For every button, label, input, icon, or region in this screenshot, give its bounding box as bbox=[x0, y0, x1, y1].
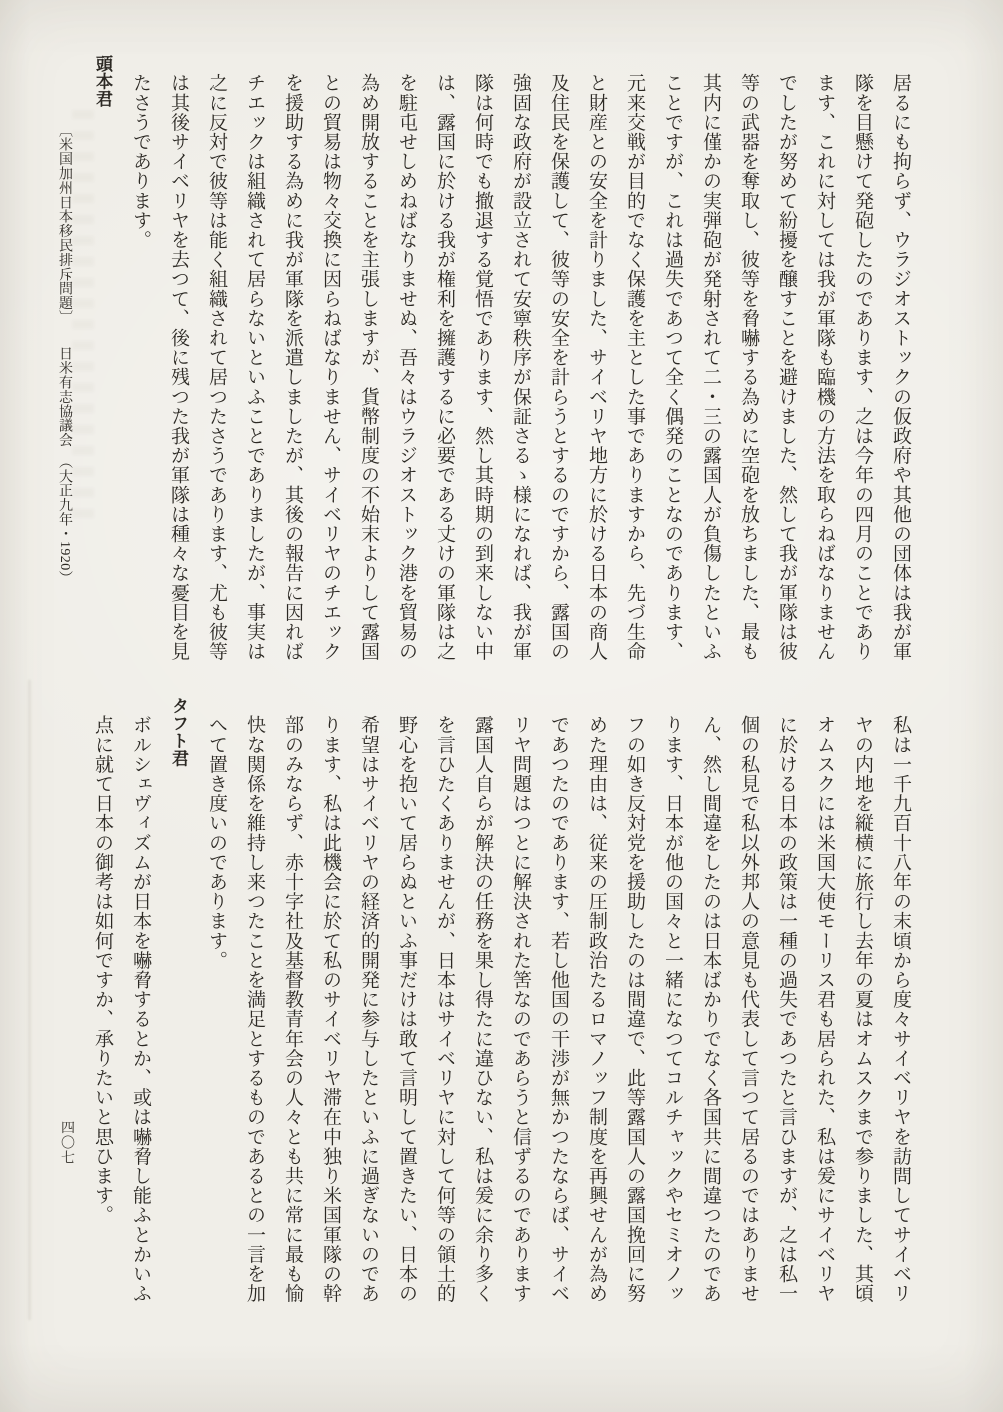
text-column: ことですが、これは過失であつて全く偶発のことなのであります、 bbox=[653, 55, 691, 680]
text-column: 点に就て日本の御考は如何ですか、承りたいと思ひます。 bbox=[83, 697, 121, 1322]
text-column: へて置き度いのであります。 bbox=[197, 697, 235, 1322]
text-column: ヤの内地を縦横に旅行し去年の夏はオムスクまで参りました、其頃 bbox=[843, 697, 881, 1322]
speaker-name: 頭本君 bbox=[83, 55, 121, 680]
text-column: ります、私は此機会に於て私のサイベリヤ滞在中独り米国軍隊の幹 bbox=[311, 697, 349, 1322]
text-column: 個の私見で私以外邦人の意見も代表して言つて居るのではありませ bbox=[729, 697, 767, 1322]
document-page: 居るにも拘らず、ウラジオストックの仮政府や其他の団体は我が軍隊を目懸けて発砲した… bbox=[0, 0, 1003, 1412]
top-speech-block: 居るにも拘らず、ウラジオストックの仮政府や其他の団体は我が軍隊を目懸けて発砲した… bbox=[45, 55, 919, 680]
text-column: との貿易は物々交換に因らねばなりません、サイベリヤのチエック bbox=[311, 55, 349, 680]
text-column: ん、然し間違をしたのは日本ばかりでなく各国共に間違つたのであ bbox=[691, 697, 729, 1322]
text-column: 強固な政府が設立されて安寧秩序が保証さるゝ様になれば、我が軍 bbox=[501, 55, 539, 680]
bottom-speech-block: 私は一千九百十八年の末頃から度々サイベリヤを訪問してサイベリヤの内地を縦横に旅行… bbox=[83, 697, 919, 1322]
text-column: ます、これに対しては我が軍隊も臨機の方法を取らねばなりません bbox=[805, 55, 843, 680]
text-column: 部のみならず、赤十字社及基督教青年会の人々とも共に常に最も愉 bbox=[273, 697, 311, 1322]
section-source-header: 〔米国加州日本移民排斥問題〕 日米有志協議会 （大正九年・1920） bbox=[45, 55, 83, 680]
text-column: 希望はサイベリヤの経済的開発に参与したといふに過ぎないのであ bbox=[349, 697, 387, 1322]
text-column: 隊は何時でも撤退する覚悟であります、然し其時期の到来しない中 bbox=[463, 55, 501, 680]
text-column: リヤ問題はつとに解決された筈なのであらうと信ずるのであります bbox=[501, 697, 539, 1322]
text-column: ります、日本が他の国々と一緒になつてコルチャックやセミオノッ bbox=[653, 697, 691, 1322]
text-column: たさうであります。 bbox=[121, 55, 159, 680]
text-column: 元来交戦が目的でなく保護を主とした事でありますから、先づ生命 bbox=[615, 55, 653, 680]
text-column: でしたが努めて紛擾を醸すことを避けました、然して我が軍隊は彼 bbox=[767, 55, 805, 680]
text-column: を言ひたくありませんが、日本はサイベリヤに対して何等の領土的 bbox=[425, 697, 463, 1322]
text-column: 為め開放することを主張しますが、貨幣制度の不始末よりして露国 bbox=[349, 55, 387, 680]
text-column: 之に反対で彼等は能く組織されて居つたさうであります、尤も彼等 bbox=[197, 55, 235, 680]
text-column: 野心を抱いて居らぬといふ事だけは敢て言明して置きたい、日本の bbox=[387, 697, 425, 1322]
text-column: フの如き反対党を援助したのは間違で、此等露国人の露国挽回に努 bbox=[615, 697, 653, 1322]
text-column: であつたのであります、若し他国の干渉が無かつたならば、サイベ bbox=[539, 697, 577, 1322]
text-column: 私は一千九百十八年の末頃から度々サイベリヤを訪問してサイベリ bbox=[881, 697, 919, 1322]
text-column: 其内に僅かの実弾砲が発射されて二・三の露国人が負傷したといふ bbox=[691, 55, 729, 680]
text-column: ボルシェヴィズムが日本を嚇脅するとか、或は嚇脅し能ふとかいふ bbox=[121, 697, 159, 1322]
text-column: 及住民を保護して、彼等の安全を計らうとするのですから、露国の bbox=[539, 55, 577, 680]
text-column: は、露国に於ける我が権利を擁護するに必要である丈けの軍隊は之 bbox=[425, 55, 463, 680]
text-column: 等の武器を奪取し、彼等を脅嚇する為めに空砲を放ちました、最も bbox=[729, 55, 767, 680]
text-column: と財産との安全を計りました、サイベリヤ地方に於ける日本の商人 bbox=[577, 55, 615, 680]
speaker-name: タフト君 bbox=[159, 697, 197, 1322]
paper-crease bbox=[28, 680, 31, 1320]
text-column: 隊を目懸けて発砲したのであります、之は今年の四月のことであり bbox=[843, 55, 881, 680]
text-column: 居るにも拘らず、ウラジオストックの仮政府や其他の団体は我が軍 bbox=[881, 55, 919, 680]
text-column: を駐屯せしめねばなりませぬ、吾々はウラジオストック港を貿易の bbox=[387, 55, 425, 680]
text-column: チエックは組織されて居らないといふことでありましたが、事実は bbox=[235, 55, 273, 680]
text-column: オムスクには米国大使モーリス君も居られた、私は爰にサイベリヤ bbox=[805, 697, 843, 1322]
text-column: 快な関係を維持し来つたことを満足とするものであるとの一言を加 bbox=[235, 697, 273, 1322]
text-column: 露国人自らが解決の任務を果し得たに違ひない、私は爰に余り多く bbox=[463, 697, 501, 1322]
page-number: 四〇七 bbox=[56, 1120, 76, 1166]
text-column: めた理由は、従来の圧制政治たるロマノッフ制度を再興せんが為め bbox=[577, 697, 615, 1322]
text-column: に於ける日本の政策は一種の過失であつたと言ひますが、之は私一 bbox=[767, 697, 805, 1322]
text-column: は其後サイベリヤを去つて、後に残つた我が軍隊は種々な憂目を見 bbox=[159, 55, 197, 680]
text-column: を援助する為めに我が軍隊を派遣しましたが、其後の報告に因れば bbox=[273, 55, 311, 680]
